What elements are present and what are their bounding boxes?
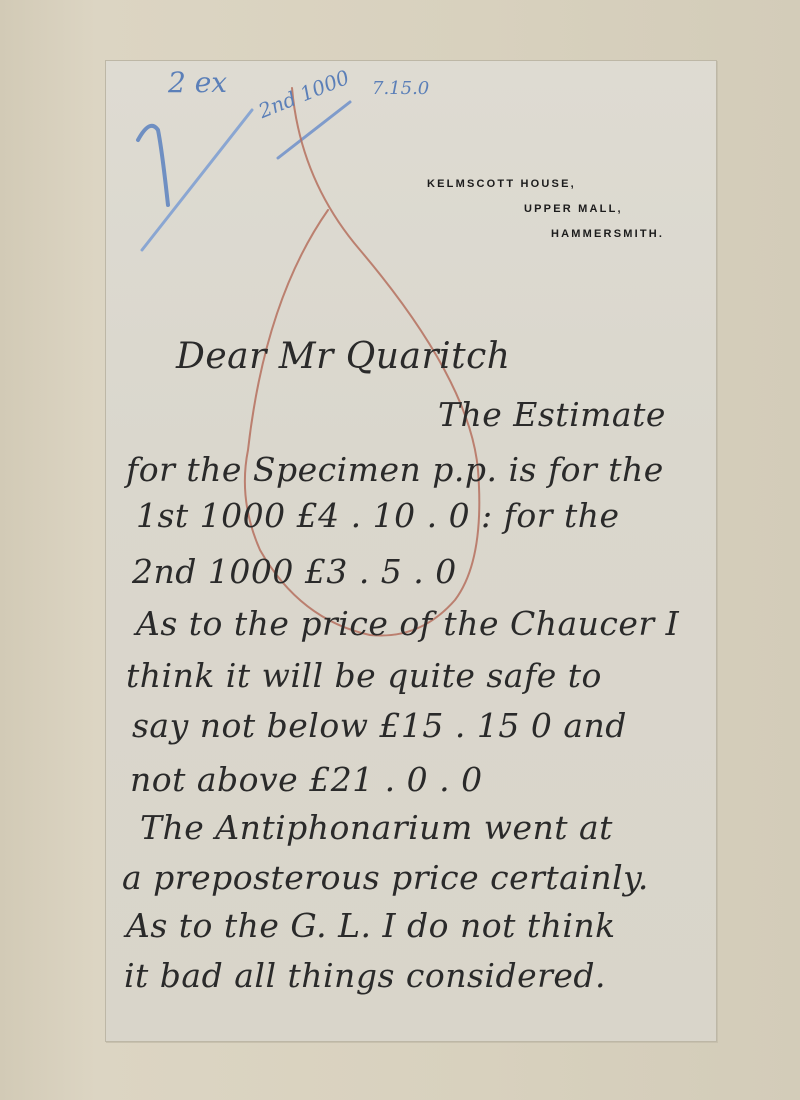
body-line-8: say not below £15 . 15 0 and (132, 706, 627, 745)
body-line-11: a preposterous price certainly. (122, 858, 649, 897)
letterhead-line-3: HAMMERSMITH. (551, 228, 664, 240)
body-line-6: As to the price of the Chaucer I (136, 604, 679, 643)
letterhead-line-2: UPPER MALL, (524, 203, 623, 215)
letterhead-line-1: KELMSCOTT HOUSE, (427, 178, 576, 190)
salutation: Dear Mr Quaritch (176, 336, 511, 377)
blue-annotation-ex: 2 ex (168, 66, 227, 99)
body-line-10: The Antiphonarium went at (140, 808, 613, 847)
body-line-12: As to the G. L. I do not think (126, 906, 616, 945)
body-line-4: 1st 1000 £4 . 10 . 0 : for the (136, 496, 620, 535)
body-line-13: it bad all things considered. (124, 956, 606, 995)
body-line-5: 2nd 1000 £3 . 5 . 0 (132, 552, 457, 591)
blue-annotation-price: 7.15.0 (372, 78, 429, 99)
body-line-9: not above £21 . 0 . 0 (130, 760, 483, 799)
body-line-3: for the Specimen p.p. is for the (126, 450, 664, 489)
body-line-2: The Estimate (438, 395, 666, 434)
body-line-7: think it will be quite safe to (126, 656, 602, 695)
